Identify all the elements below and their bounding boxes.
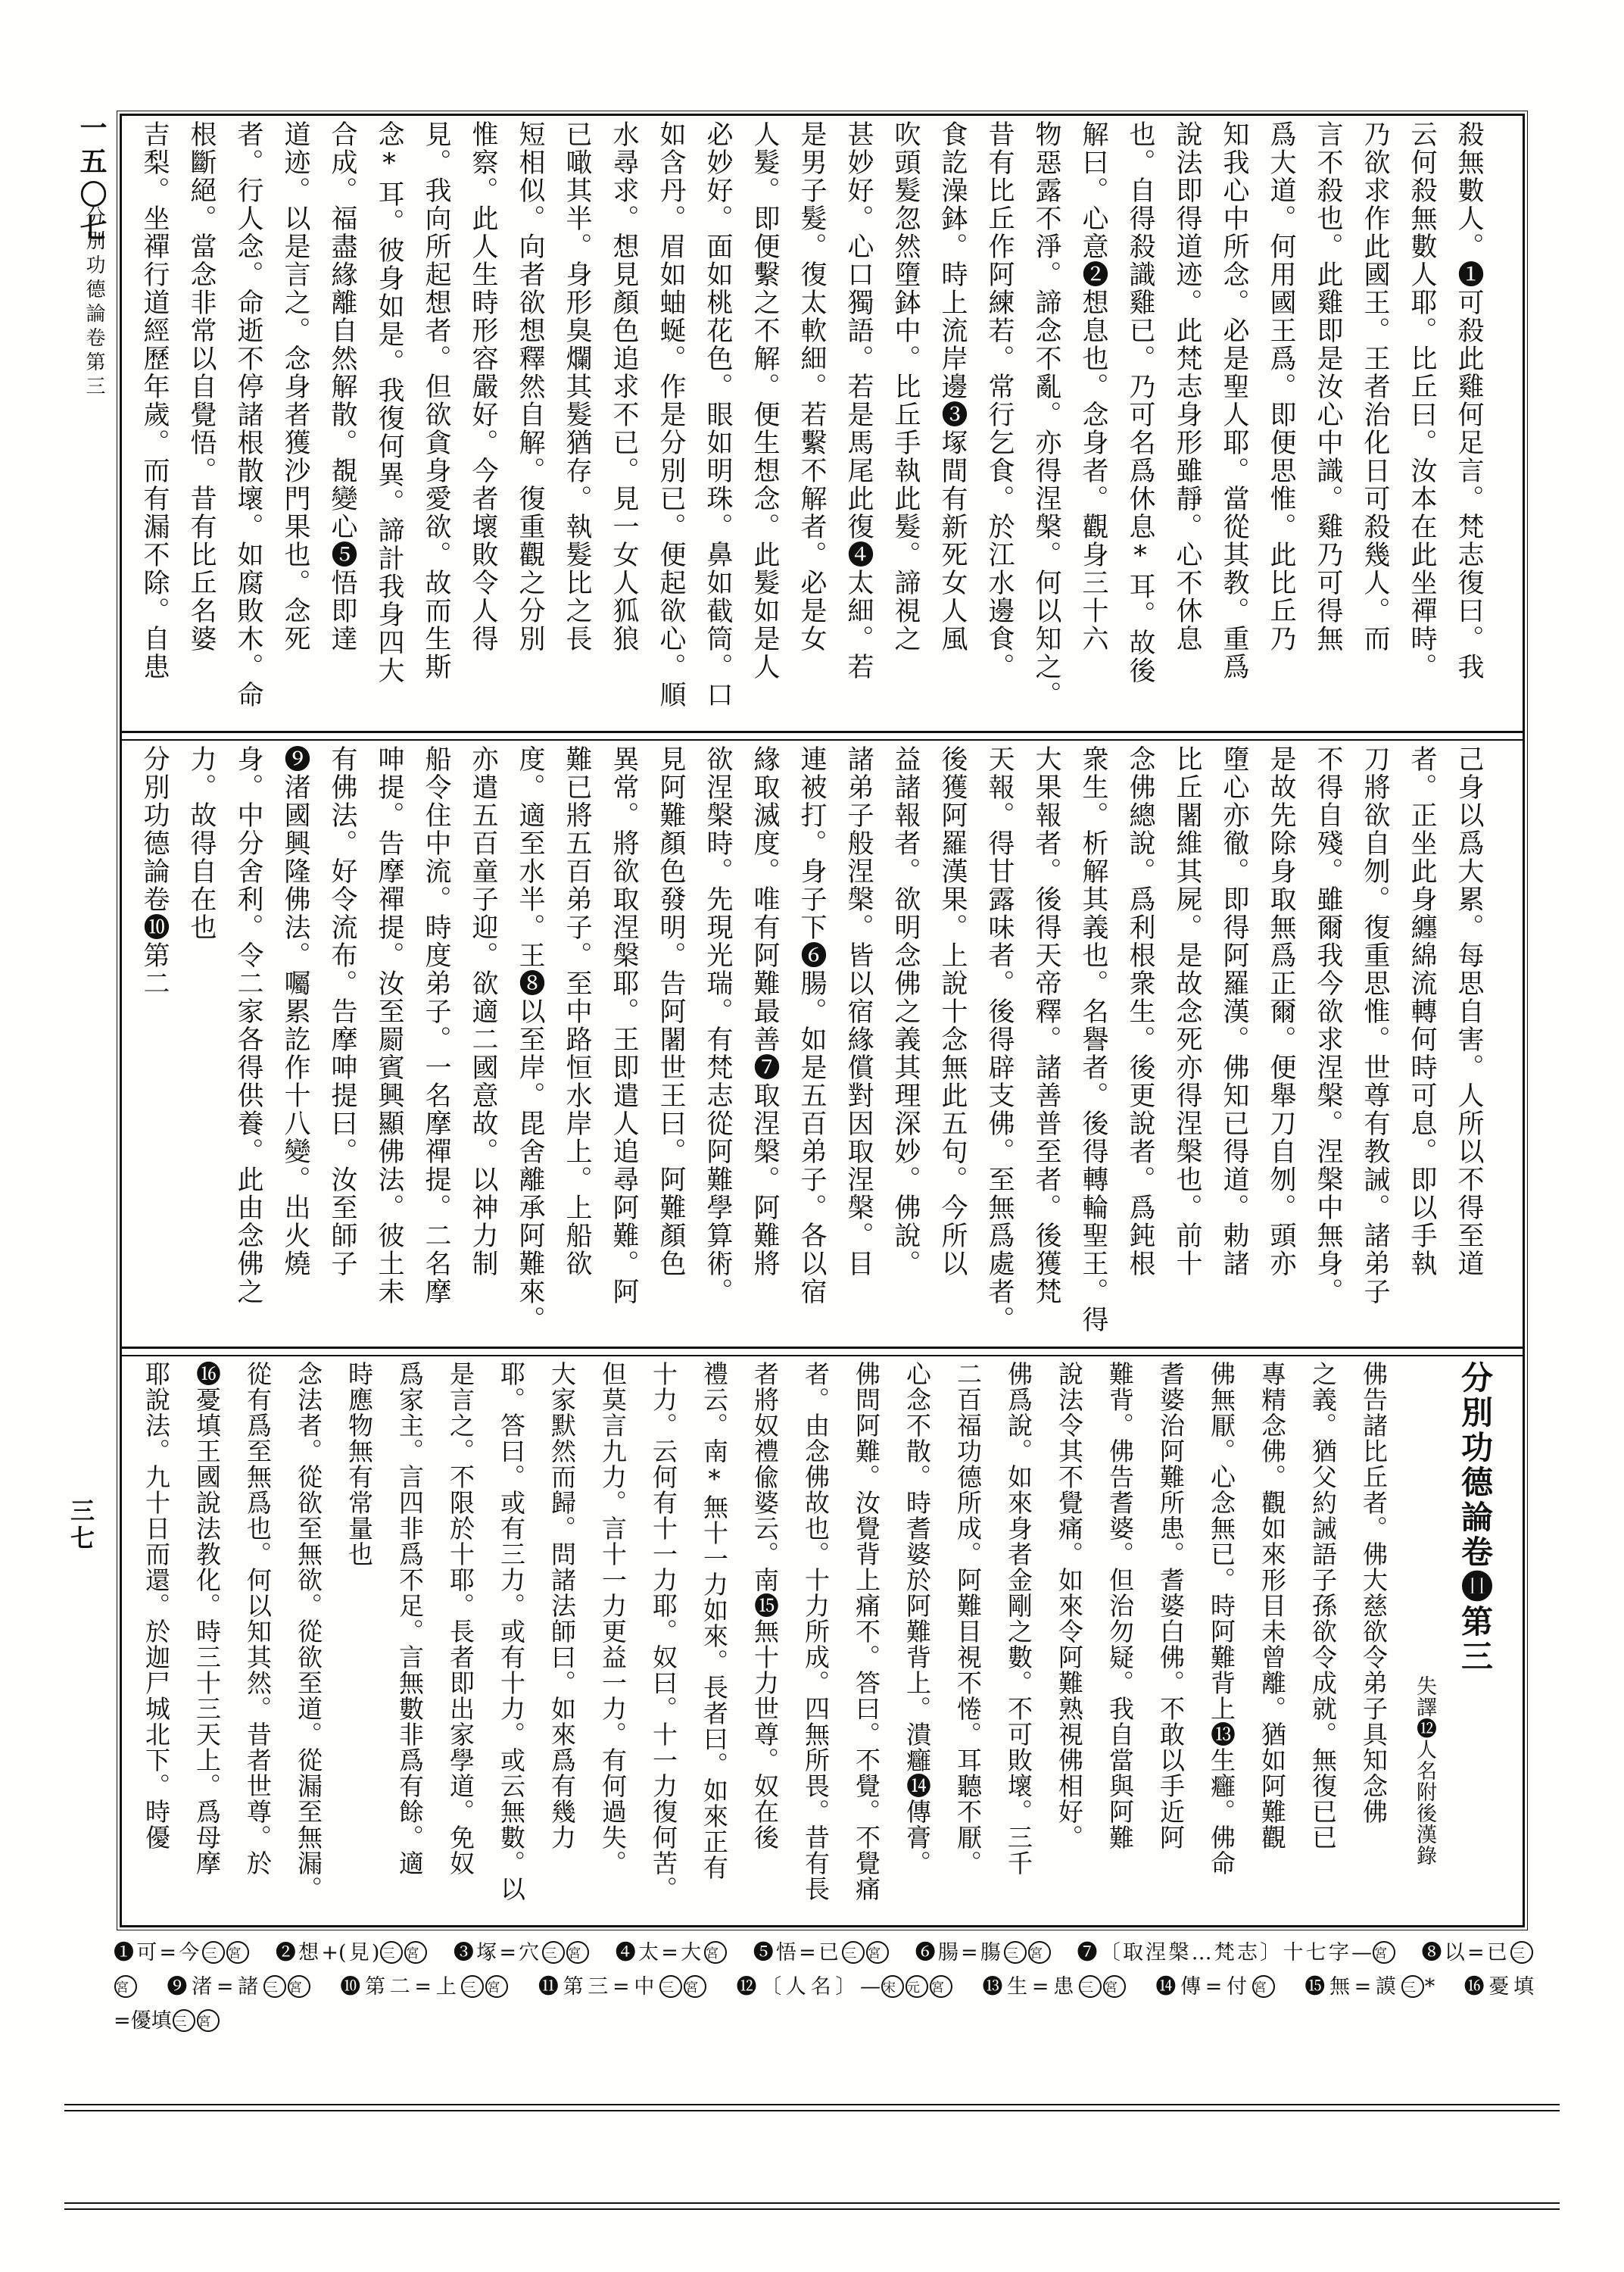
edition-mark: 宮	[866, 1941, 889, 1964]
text-column: 解曰。心意❷想息也。念身者。觀身三十六	[1070, 120, 1117, 726]
text-column: 船令住中流。時度弟子。一名摩禪提。二名摩	[413, 745, 460, 1342]
register-divider	[122, 1347, 1523, 1356]
text-column: 知我心中所念。必是聖人耶。當從其教。重爲	[1211, 120, 1258, 726]
chapter-title: 分別功德論卷⓫第三	[1450, 1361, 1501, 1919]
register-middle: 己身以爲大累。每思自害。人所以不得至道者。正坐此身纏綿流轉何時可息。即以手執刀將…	[122, 741, 1501, 1347]
text-column: 念*耳。彼身如是。我復何異。諦計我身四大	[366, 120, 413, 726]
text-column: 墮心亦徹。即得阿羅漢。佛知已得道。勅諸	[1211, 745, 1258, 1342]
text-column: 身。中分舍利。令二家各得供養。此由念佛之	[225, 745, 272, 1342]
text-column: 己身以爲大累。每思自害。人所以不得至道	[1445, 745, 1492, 1342]
register-divider	[122, 731, 1523, 741]
text-column: 禮云。南*無十一力如來。長者曰。如來正有	[689, 1361, 740, 1919]
edition-mark: 宮	[684, 1975, 706, 1998]
text-column: 如含丹。眉如蚰蜒。作是分別已。便起欲心。順	[647, 120, 694, 726]
text-column: 水尋求。想見顏色追求不已。見一女人狐狼	[600, 120, 647, 726]
text-column: 比丘闍維其屍。是故念死亦得涅槃也。前十	[1164, 745, 1211, 1342]
text-column: 必妙好。面如桃花色。眼如明珠。鼻如截筒。口	[694, 120, 741, 726]
text-column: 殺無數人。❶可殺此雞何足言。梵志復曰。我	[1445, 120, 1492, 726]
text-column: 昔有比丘作阿練若。常行乞食。於江水邊食。	[976, 120, 1023, 726]
text-column: 云何殺無數人耶。比丘曰。汝本在此坐禪時。	[1398, 120, 1445, 726]
edition-mark: 三	[380, 1941, 403, 1964]
edition-mark: 宮	[930, 1975, 952, 1998]
footnote-line: =優填三宮	[114, 2004, 1534, 2038]
text-column: 時應物無有常量也	[334, 1361, 385, 1919]
edition-mark: 元	[906, 1975, 928, 1998]
edition-mark: 三	[263, 1975, 286, 1998]
text-frame: 殺無數人。❶可殺此雞何足言。梵志復曰。我云何殺無數人耶。比丘曰。汝本在此坐禪時。…	[120, 114, 1525, 1927]
register-top: 殺無數人。❶可殺此雞何足言。梵志復曰。我云何殺無數人耶。比丘曰。汝本在此坐禪時。…	[122, 116, 1501, 731]
text-column: 緣取滅度。唯有阿難最善❼取涅槃。阿難將	[741, 745, 788, 1342]
text-column: 言不殺也。此雞即是汝心中識。雞乃可得無	[1304, 120, 1351, 726]
text-column: 說法令其不覺痛。如來令阿難熟視佛相好。	[1044, 1361, 1095, 1919]
text-column: 佛告諸比丘者。佛大慈欲令弟子具知念佛	[1348, 1361, 1399, 1919]
text-column: 佛無厭。心念無已。時阿難背上⓭生癰。佛命	[1196, 1361, 1247, 1919]
text-column: 益諸報者。欲明念佛之義其理深妙。佛說。	[882, 745, 929, 1342]
footnote-line: ❶可=今三宮 ❷想+(見)三宮 ❸塚=穴三宮 ❹太=大宮 ❺悟=已三宮 ❻腸=膓…	[114, 1936, 1534, 1970]
text-column: 爲家主。言四非爲不足。言無數非爲有餘。適	[385, 1361, 435, 1919]
text-column: 異常。將欲取涅槃耶。王即遣人追尋阿難。阿	[600, 745, 647, 1342]
text-column: 見。我向所起想者。但欲貪身愛欲。故而生斯	[413, 120, 460, 726]
bottom-rule	[64, 2104, 1560, 2111]
text-column: 是言之。不限於十耶。長者即出家學道。免奴	[435, 1361, 486, 1919]
text-column: 吉梨。坐禪行道經歷年歲。而有漏不除。自患	[131, 120, 178, 726]
edition-mark: 宮	[704, 1941, 727, 1964]
text-column: 十力。云何有十一力耶。奴曰。十一力復何苦。	[638, 1361, 689, 1919]
text-column: 甚妙好。心口獨語。若是馬尾此復❹太細。若	[835, 120, 882, 726]
text-column: 連被打。身子下❻腸。如是五百弟子。各以宿	[788, 745, 835, 1342]
text-column: 耆婆治阿難所患。耆婆白佛。不敢以手近阿	[1146, 1361, 1196, 1919]
page-edge-rule	[64, 2202, 1560, 2210]
edition-mark: 三	[542, 1941, 565, 1964]
footnote-apparatus: ❶可=今三宮 ❷想+(見)三宮 ❸塚=穴三宮 ❹太=大宮 ❺悟=已三宮 ❻腸=膓…	[114, 1936, 1534, 2038]
translator-attribution: 失譯⓬人名附後漢錄	[1399, 1361, 1450, 1919]
edition-mark: 三	[1079, 1975, 1102, 1998]
text-column: 難背。佛告耆婆。但治勿疑。我自當與阿難	[1095, 1361, 1146, 1919]
text-column: 大家默然而歸。問諸法師曰。如來爲有幾力	[537, 1361, 588, 1919]
text-column: 念佛總說。爲利根衆生。後更說者。爲鈍根	[1117, 745, 1164, 1342]
text-column: 諸弟子般涅槃。皆以宿緣償對因取涅槃。目	[835, 745, 882, 1342]
text-column: 短相似。向者欲想釋然自解。復重觀之分別	[507, 120, 553, 726]
text-column: 從有爲至無爲也。何以知其然。昔者世尊。於	[232, 1361, 283, 1919]
text-column: 根斷絕。當念非常以自覺悟。昔有比丘名婆	[178, 120, 225, 726]
text-column: 二百福功德所成。阿難目視不惓。耳聽不厭。	[943, 1361, 993, 1919]
text-column: 刀將欲自刎。復重思惟。世尊有教誡。諸弟子	[1351, 745, 1398, 1342]
text-column: 說法即得道迹。此梵志身形雖靜。心不休息	[1164, 120, 1211, 726]
text-column: ⓰憂填王國說法教化。時三十三天上。爲母摩	[182, 1361, 232, 1919]
text-column: ❾渚國興隆佛法。囑累訖作十八變。出火燒	[272, 745, 319, 1342]
edition-mark: 三	[461, 1975, 484, 1998]
text-column: 念法者。從欲至無欲。從欲至道。從漏至無漏。	[283, 1361, 334, 1919]
text-column: 爲大道。何用國王爲。即便思惟。此比丘乃	[1258, 120, 1304, 726]
text-column: 也。自得殺識雞已。乃可名爲休息*耳。故後	[1117, 120, 1164, 726]
text-column: 佛爲說。如來身者金剛之數。不可敗壞。三千	[993, 1361, 1044, 1919]
text-column: 欲涅槃時。先現光瑞。有梵志從阿難學算術。	[694, 745, 741, 1342]
edition-mark: 宮	[114, 1975, 137, 1998]
edition-mark: 宮	[1252, 1975, 1275, 1998]
edition-mark: 三	[1401, 1975, 1424, 1998]
edition-mark: 宮	[288, 1975, 310, 1998]
folio-number: 三七	[64, 1498, 98, 1553]
text-column: 者。由念佛故也。十力所成。四無所畏。昔有長	[790, 1361, 841, 1919]
text-column: 專精念佛。觀如來形目未曾離。猶如阿難觀	[1247, 1361, 1298, 1919]
text-column: 耶。答曰。或有三力。或有十力。或云無數。以	[486, 1361, 537, 1919]
text-column: 不得自殘。雖爾我今欲求涅槃。涅槃中無身。	[1304, 745, 1351, 1342]
text-column: 心念不散。時耆婆於阿難背上。潰癰⓮傳膏。	[892, 1361, 943, 1919]
text-column: 人髮。即便繫之不解。便生想念。此髮如是人	[741, 120, 788, 726]
text-column: 衆生。析解其義也。名譽者。後得轉輪聖王。得	[1070, 745, 1117, 1342]
scanned-sutra-page: 一五〇七 分別功德論卷第三 三七 殺無數人。❶可殺此雞何足言。梵志復曰。我云何殺…	[0, 0, 1624, 2272]
text-column: 是男子髮。復太軟細。若繫不解者。必是女	[788, 120, 835, 726]
edition-mark: 三	[173, 2009, 195, 2032]
text-column: 難已將五百弟子。至中路恒水岸上。上船欲	[553, 745, 600, 1342]
text-column: 天報。得甘露味者。後得辟支佛。至無爲處者。	[976, 745, 1023, 1342]
text-column: 是故先除身取無爲正爾。便舉刀自刎。頭亦	[1258, 745, 1304, 1342]
text-column: 分別功德論卷❿第二	[131, 745, 178, 1342]
text-column: 者。正坐此身纏綿流轉何時可息。即以手執	[1398, 745, 1445, 1342]
text-column: 惟察。此人生時形容嚴好。今者壞敗令人得	[460, 120, 507, 726]
text-column: 見阿難顏色發明。告阿闍世王曰。阿難顏色	[647, 745, 694, 1342]
text-column: 亦遣五百童子迎。欲適二國意故。以神力制	[460, 745, 507, 1342]
edition-mark: 宮	[1373, 1941, 1395, 1964]
edition-mark: 三	[659, 1975, 682, 1998]
text-column: 道迹。以是言之。念身者獲沙門果也。念死	[272, 120, 319, 726]
text-column: 力。故得自在也	[178, 745, 225, 1342]
text-column: 者。行人念。命逝不停諸根散壞。如腐敗木。命	[225, 120, 272, 726]
footnote-line: 宮 ❾渚=諸三宮 ❿第二=上三宮 ⓫第三=中三宮 ⓬〔人名〕—宋元宮 ⓭生=患三…	[114, 1970, 1534, 2004]
text-column: 之義。猶父約誡語子孫欲令成就。無復已已	[1298, 1361, 1348, 1919]
text-column: 耶說法。九十日而還。於迦尸城北下。時優	[131, 1361, 182, 1919]
text-column: 有佛法。好令流布。告摩呻提曰。汝至師子	[319, 745, 366, 1342]
text-column: 合成。福盡緣離自然解散。覩變心❺悟即達	[319, 120, 366, 726]
edition-mark: 三	[1004, 1941, 1027, 1964]
edition-mark: 三	[842, 1941, 865, 1964]
edition-mark: 宮	[226, 1941, 249, 1964]
text-column: 度。適至水半。王❽以至岸。毘舍離承阿難來。	[507, 745, 553, 1342]
text-column: 後獲阿羅漢果。上說十念無此五句。今所以	[929, 745, 976, 1342]
text-column: 但莫言九力。言十一力更益一力。有何過失。	[588, 1361, 638, 1919]
edition-mark: 宋	[881, 1975, 904, 1998]
text-column: 佛問阿難。汝覺背上痛不。答曰。不覺。不覺痛	[841, 1361, 892, 1919]
text-column: 者將奴禮偸婆云。南⓯無十力世尊。奴在後	[740, 1361, 790, 1919]
edition-mark: 三	[1510, 1941, 1533, 1964]
edition-mark: 宮	[566, 1941, 589, 1964]
running-title: 分別功德論卷第三	[80, 206, 108, 400]
text-column: 吹頭髮忽然墮鉢中。比丘手執此髮。諦視之	[882, 120, 929, 726]
text-column: 物惡露不淨。諦念不亂。亦得涅槃。何以知之。	[1023, 120, 1070, 726]
register-bottom: 分別功德論卷⓫第三 失譯⓬人名附後漢錄 佛告諸比丘者。佛大慈欲令弟子具知念佛之義…	[122, 1356, 1510, 1924]
text-column: 大果報者。後得天帝釋。諸善普至者。後獲梵	[1023, 745, 1070, 1342]
edition-mark: 宮	[197, 2009, 220, 2032]
edition-mark: 宮	[404, 1941, 427, 1964]
text-column: 呻提。告摩禪提。汝至罽賓興顯佛法。彼土未	[366, 745, 413, 1342]
edition-mark: 宮	[1103, 1975, 1126, 1998]
text-column: 食訖澡鉢。時上流岸邊❸塚間有新死女人風	[929, 120, 976, 726]
text-column: 已噉其半。身形臭爛其髮猶存。執髮比之長	[553, 120, 600, 726]
edition-mark: 三	[202, 1941, 225, 1964]
text-column: 乃欲求作此國王。王者治化日可殺幾人。而	[1351, 120, 1398, 726]
edition-mark: 宮	[1028, 1941, 1051, 1964]
edition-mark: 宮	[485, 1975, 508, 1998]
